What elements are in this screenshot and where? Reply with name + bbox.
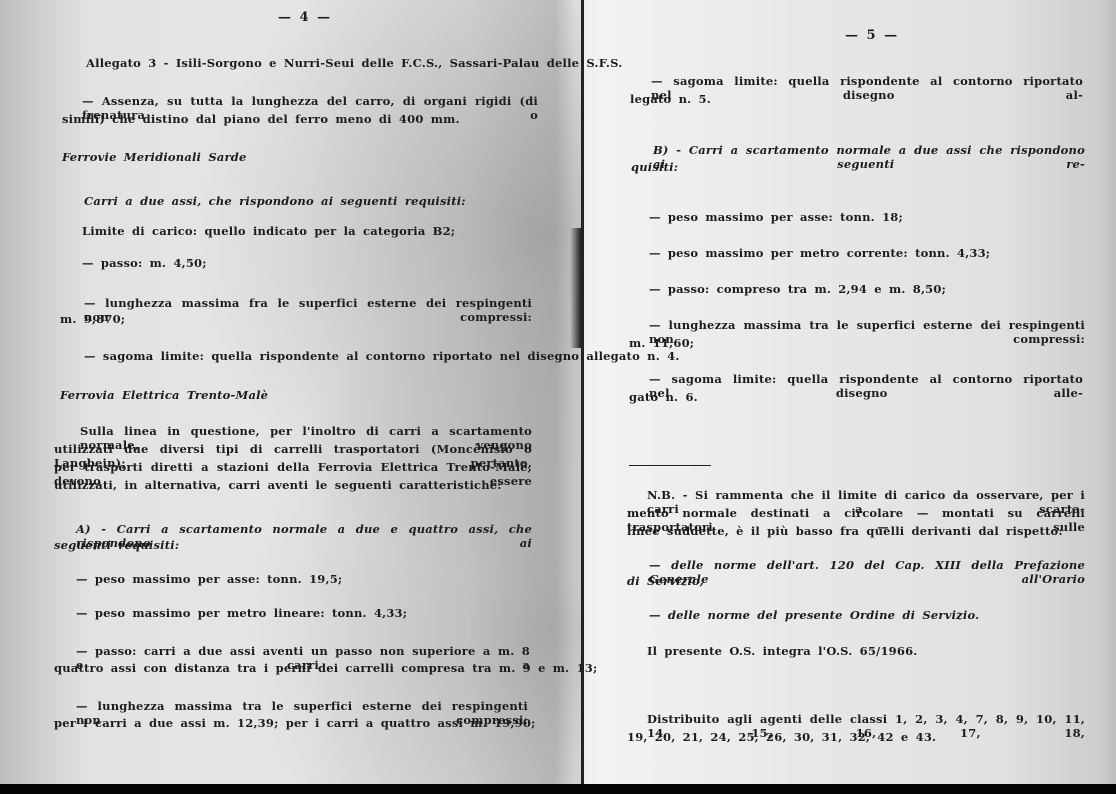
a-heading-line-2: seguenti requisiti:: [54, 538, 179, 552]
b-heading-line-1: B) - Carri a scartamento normale a due a…: [653, 143, 1085, 171]
a-peso-asse: — peso massimo per asse: tonn. 19,5;: [76, 572, 342, 586]
trento-para-line-4: utilizzati, in alternativa, carri aventi…: [54, 478, 502, 492]
fms-intro: Carri a due assi, che rispondono ai segu…: [84, 194, 466, 208]
distribuito-line-2: 19, 20, 21, 24, 25, 26, 30, 31, 32, 42 e…: [627, 730, 936, 744]
page-number: — 4 —: [278, 10, 332, 25]
page-5: — 5 — — sagoma limite: quella rispondent…: [583, 0, 1116, 786]
b-sagoma-line-2: gato n. 6.: [629, 390, 698, 404]
page-number: — 5 —: [845, 28, 899, 43]
fms-lunghezza-line-2: m. 9,870;: [60, 312, 125, 326]
norme-art-line-2: di Servizio;: [627, 574, 704, 588]
a-lunghezza-line-2: per i carri a due assi m. 12,39; per i c…: [54, 716, 536, 730]
fms-passo: — passo: m. 4,50;: [82, 256, 207, 270]
assenza-line-2: simili) che distino dal piano del ferro …: [62, 112, 460, 126]
a-sagoma-line-1: — sagoma limite: quella rispondente al c…: [651, 74, 1083, 102]
section-divider: [629, 465, 711, 466]
integra-note: Il presente O.S. integra l'O.S. 65/1966.: [647, 644, 917, 658]
nb-line-3: linee suddette, è il più basso fra quell…: [627, 524, 1063, 538]
a-peso-metro: — peso massimo per metro lineare: tonn. …: [76, 606, 407, 620]
book-spine: [581, 0, 584, 786]
b-lunghezza-line-1: — lunghezza massima tra le superfici est…: [649, 318, 1085, 346]
b-peso-metro: — peso massimo per metro corrente: tonn.…: [649, 246, 990, 260]
fms-heading: Ferrovie Meridionali Sarde: [62, 150, 247, 164]
b-sagoma-line-1: — sagoma limite: quella rispondente al c…: [649, 372, 1083, 400]
page-4: — 4 — Allegato 3 - Isili-Sorgono e Nurri…: [0, 0, 583, 786]
scan-bottom-edge: [0, 784, 1116, 794]
b-lunghezza-line-2: m. 11,60;: [629, 336, 694, 350]
b-heading-line-2: quisiti:: [631, 160, 678, 174]
fms-limite: Limite di carico: quello indicato per la…: [82, 224, 455, 238]
allegato-heading: Allegato 3 - Isili-Sorgono e Nurri-Seui …: [86, 56, 622, 70]
trento-heading: Ferrovia Elettrica Trento-Malè: [60, 388, 268, 402]
norme-os: — delle norme del presente Ordine di Ser…: [649, 608, 979, 622]
a-sagoma-line-2: legato n. 5.: [630, 92, 711, 106]
fms-lunghezza-line-1: — lunghezza massima fra le superfici est…: [84, 296, 532, 324]
a-passo-line-2: quattro assi con distanza tra i perni de…: [54, 661, 597, 675]
document-spread: — 4 — Allegato 3 - Isili-Sorgono e Nurri…: [0, 0, 1116, 786]
norme-art-line-1: — delle norme dell'art. 120 del Cap. XII…: [649, 558, 1085, 586]
b-passo: — passo: compreso tra m. 2,94 e m. 8,50;: [649, 282, 946, 296]
b-peso-asse: — peso massimo per asse: tonn. 18;: [649, 210, 903, 224]
